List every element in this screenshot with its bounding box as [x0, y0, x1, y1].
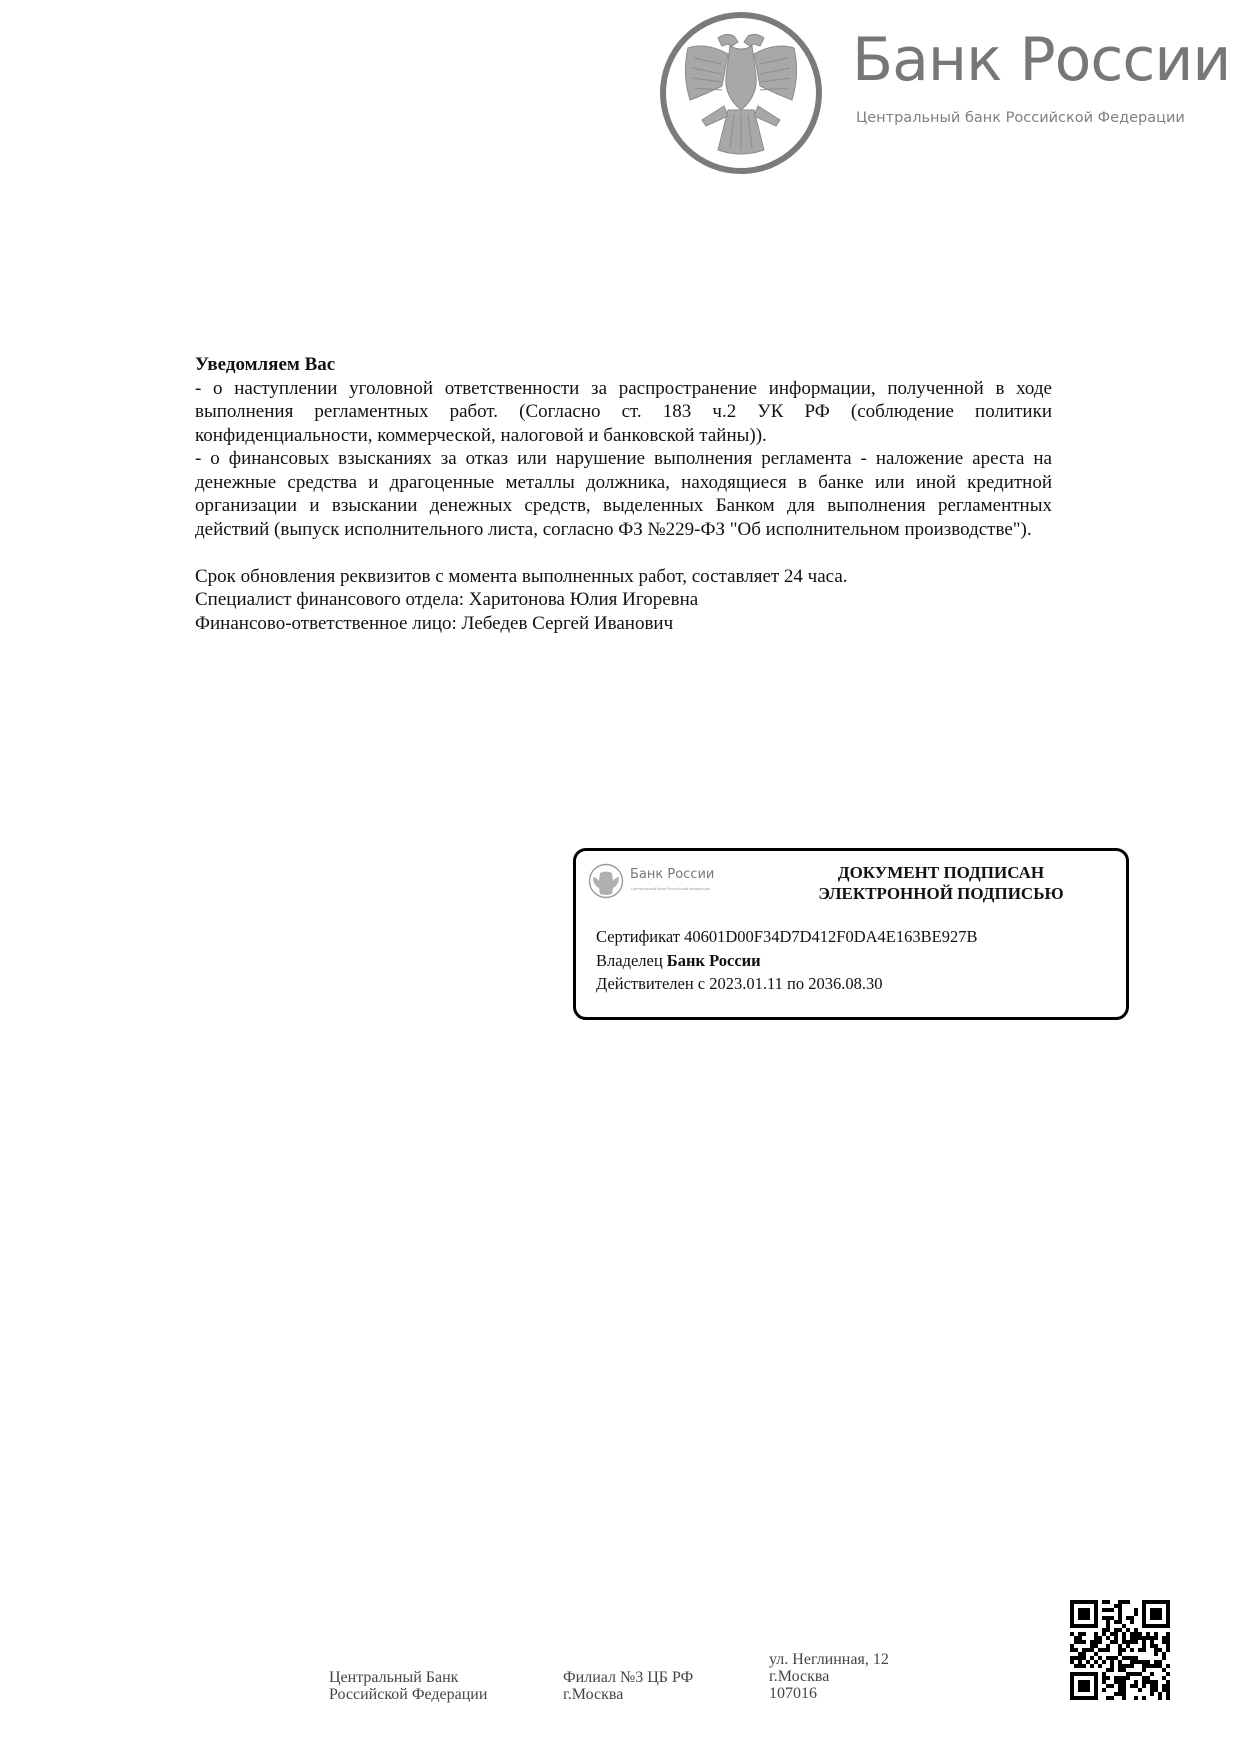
qr-code-icon [1070, 1600, 1170, 1700]
responsible-line: Финансово-ответственное лицо: Лебедев Се… [195, 612, 1052, 636]
validity-line: Действителен с 2023.01.11 по 2036.08.30 [596, 972, 977, 996]
eagle-emblem-icon [658, 10, 824, 176]
signature-title-line-1: ДОКУМЕНТ ПОДПИСАН [791, 862, 1091, 883]
specialist-line: Специалист финансового отдела: Харитонов… [195, 588, 1052, 612]
notice-paragraph-penalties: - о финансовых взысканиях за отказ или н… [195, 447, 1052, 541]
valid-to-label: по [787, 974, 804, 993]
certificate-value: 40601D00F34D7D412F0DA4E163BE927B [684, 927, 977, 946]
signature-title-line-2: ЭЛЕКТРОННОЙ ПОДПИСЬЮ [791, 883, 1091, 904]
certificate-line: Сертификат 40601D00F34D7D412F0DA4E163BE9… [596, 925, 977, 949]
owner-line: Владелец Банк России [596, 949, 977, 973]
paragraph-gap [195, 541, 1052, 565]
valid-from: 2023.01.11 [709, 974, 783, 993]
notice-body: Уведомляем Вас - о наступлении уголовной… [195, 353, 1052, 635]
footer-bank-line-2: Российской Федерации [329, 1686, 487, 1703]
eagle-emblem-icon [588, 863, 624, 899]
footer-address-postcode: 107016 [769, 1685, 889, 1702]
electronic-signature-stamp: Банк России Центральный банк Российской … [573, 848, 1129, 1020]
signature-logo-subtitle: Центральный банк Российской Федерации [631, 887, 710, 891]
footer-branch-line-2: г.Москва [563, 1686, 693, 1703]
valid-to: 2036.08.30 [808, 974, 882, 993]
signature-logo: Банк России Центральный банк Российской … [588, 863, 718, 903]
footer-bank-name: Центральный Банк Российской Федерации [329, 1669, 487, 1703]
signature-title: ДОКУМЕНТ ПОДПИСАН ЭЛЕКТРОННОЙ ПОДПИСЬЮ [791, 862, 1091, 904]
footer-bank-line-1: Центральный Банк [329, 1669, 487, 1686]
footer-address-city: г.Москва [769, 1668, 889, 1685]
valid-label: Действителен с [596, 974, 705, 993]
deadline-line: Срок обновления реквизитов с момента вып… [195, 565, 1052, 589]
notice-heading: Уведомляем Вас [195, 353, 1052, 377]
footer-branch: Филиал №3 ЦБ РФ г.Москва [563, 1669, 693, 1703]
notice-paragraph-criminal: - о наступлении уголовной ответственност… [195, 377, 1052, 448]
footer-branch-line-1: Филиал №3 ЦБ РФ [563, 1669, 693, 1686]
certificate-label: Сертификат [596, 927, 680, 946]
owner-label: Владелец [596, 951, 663, 970]
footer-address-street: ул. Неглинная, 12 [769, 1651, 889, 1668]
bank-title: Банк России [852, 30, 1230, 90]
owner-value: Банк России [667, 951, 761, 970]
signature-logo-title: Банк России [630, 867, 714, 882]
signature-details: Сертификат 40601D00F34D7D412F0DA4E163BE9… [596, 925, 977, 996]
bank-subtitle: Центральный банк Российской Федерации [856, 110, 1185, 126]
footer-address: ул. Неглинная, 12 г.Москва 107016 [769, 1651, 889, 1702]
